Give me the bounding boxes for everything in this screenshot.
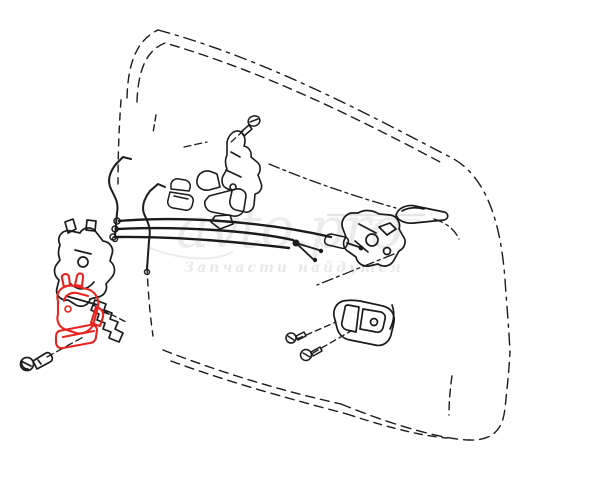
lock-pivot-hole [78, 257, 88, 267]
diagram-canvas: avto.pro Запчасти найдутся [0, 0, 599, 480]
screw-shaft [241, 125, 252, 136]
lock-rod [143, 191, 150, 269]
bezel-cup-left [342, 305, 359, 332]
bezel-screw-leader [297, 322, 336, 339]
bezel-screws [286, 332, 322, 361]
screw-shaft [296, 332, 306, 340]
door-crease-line [449, 376, 452, 415]
lock-rod [109, 164, 118, 236]
latch-detail-line [231, 152, 240, 157]
screw-slot [288, 336, 294, 340]
latch-arm [197, 171, 220, 190]
bezel-cup-right [360, 309, 385, 332]
lever-edge-leader [434, 219, 459, 239]
door-sill-outer-line [163, 350, 341, 404]
bezel-screw-leader [313, 331, 351, 353]
fork-tip [313, 258, 317, 262]
rod-hook [150, 184, 165, 191]
latch-detail-line [226, 170, 241, 177]
latch-left-leader [184, 142, 207, 147]
actuator-plate-line [63, 331, 94, 337]
door-front-edge-upper [118, 100, 121, 184]
bolt-slot [23, 362, 31, 366]
bezel-outer-ring [334, 300, 394, 345]
lock-tab [86, 220, 96, 231]
lever-detail-line [402, 208, 424, 211]
fork-tip [319, 249, 323, 253]
lock-control-rods [109, 157, 165, 275]
bolt-thread-line [38, 360, 41, 364]
watermark-tagline-text: Запчасти найдутся [184, 259, 404, 276]
bezel-lever-pin [371, 319, 378, 326]
corner-tick-line [153, 115, 156, 133]
lock-actuator-highlighted [56, 273, 103, 348]
screw-slot [250, 119, 258, 122]
door-front-edge-lower [147, 266, 153, 336]
window-corner-line [127, 30, 158, 98]
interior-handle-bezel [334, 300, 394, 345]
lock-detail-line [75, 250, 91, 254]
screw-slot [303, 353, 310, 357]
door-bottom-edge [341, 352, 510, 440]
window-inner-line [137, 43, 442, 163]
parts-diagram: avto.pro Запчасти найдутся [0, 0, 599, 480]
door-top-rear-edge [158, 30, 510, 352]
actuator-tab [75, 273, 83, 286]
actuator-hole [65, 306, 71, 312]
latch-screw [241, 114, 261, 136]
actuator-mounting-bolt [21, 353, 53, 371]
clip-upper-lobe [171, 179, 190, 191]
door-sill-inner-line [171, 361, 347, 414]
